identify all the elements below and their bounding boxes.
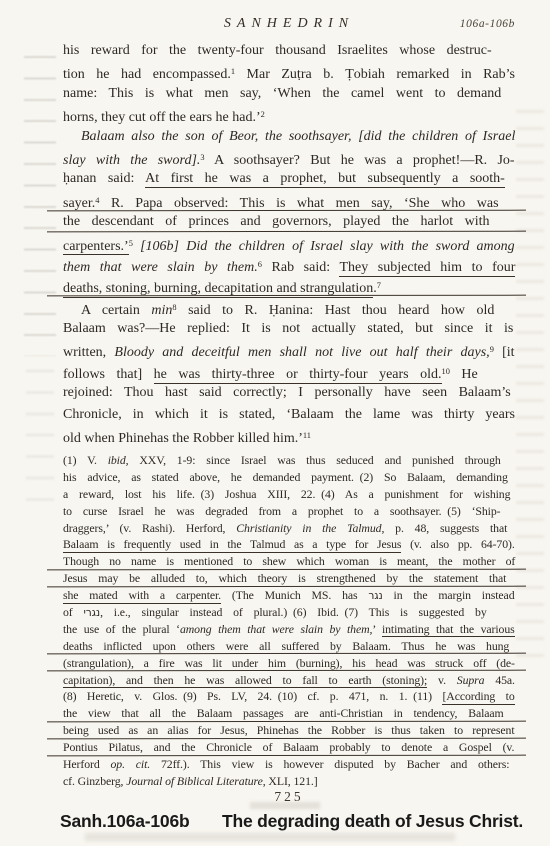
text-segment: draggers,’ (v. Rashi). Herford, — [63, 521, 236, 535]
text-line: Balaam was?—He replied: It is not actual… — [63, 318, 515, 339]
text-segment: rejoined: Thou hast said correctly; I pe… — [63, 385, 511, 400]
text-line: capitation), and then he was allowed to … — [63, 672, 515, 689]
text-line-content: of נגרי, i.e., singular instead of plura… — [63, 604, 487, 622]
text-line: (8) Heretic, v. Glos. (9) Ps. LV, 24. (1… — [63, 688, 515, 705]
text-segment: נגרי — [83, 606, 100, 619]
page-artifact — [24, 56, 56, 356]
text-segment: R. Papa observed: This is what men say, … — [99, 196, 498, 211]
text-segment: Journal of Biblical Literature — [126, 774, 262, 788]
text-segment: she mated with a carpenter. — [63, 588, 221, 604]
text-segment: Though no name is mentioned to shew whic… — [63, 554, 515, 568]
text-line: deaths inflicted upon others were all su… — [63, 638, 515, 655]
text-segment: Balaam was?—He replied: It is not actual… — [63, 321, 513, 336]
text-line: being used as an alias for Jesus, Phineh… — [63, 722, 515, 739]
text-segment: , i.e., singular instead of plural.) (6)… — [100, 605, 487, 619]
text-segment: his reward for the twenty-four thousand … — [63, 43, 492, 58]
text-segment: 10 — [442, 367, 450, 376]
text-line: a reward, lost his life. (3) Joshua XIII… — [63, 486, 515, 503]
paragraph: A certain min8 said to R. Ḥanina: Hast t… — [63, 297, 515, 447]
text-segment: 2 — [261, 110, 265, 119]
text-segment: At first he was a prophet, but subsequen… — [145, 171, 505, 188]
text-segment: the view that all the Balaam passages ar… — [63, 706, 504, 720]
text-line: ḥanan said: At first he was a prophet, b… — [63, 168, 515, 189]
text-segment: Jesus may be alluded to, which theory is… — [63, 571, 506, 585]
text-segment: them that were slain by them. — [63, 260, 258, 275]
text-line: (strangulation), a fire was lit under hi… — [63, 655, 515, 672]
text-segment: Balaam also the son of Beor, the soothsa… — [81, 129, 515, 144]
running-header: SANHEDRIN 106a-106b — [63, 16, 515, 34]
text-segment: Pontius Pilatus, and the Chronicle of Ba… — [63, 740, 514, 754]
text-line: Pontius Pilatus, and the Chronicle of Ba… — [63, 739, 515, 756]
text-line-content: Pontius Pilatus, and the Chronicle of Ba… — [63, 739, 514, 756]
text-line-content: the view that all the Balaam passages ar… — [63, 705, 504, 722]
text-line: slay with the sword].3 A soothsayer? But… — [63, 147, 515, 168]
text-line: the descendant of princes and governors,… — [63, 211, 515, 232]
page-number: 725 — [63, 789, 515, 805]
text-line: written, Bloody and deceitful men shall … — [63, 339, 515, 360]
text-line: carpenters.’5 [106b] Did the children of… — [63, 233, 515, 254]
main-text: his reward for the twenty-four thousand … — [63, 40, 515, 446]
text-segment: , p. 48, suggests that — [381, 521, 507, 535]
text-segment: ’ — [372, 622, 382, 636]
text-line-content: capitation), and then he was allowed to … — [63, 672, 515, 689]
text-segment: horns, they cut off the ears he had.’ — [63, 110, 261, 125]
text-segment: to curse Israel he was degraded from a p… — [63, 504, 500, 518]
text-line-content: Herford op. cit. 72ff.). This view is ho… — [63, 756, 509, 773]
text-line: name: This is what men say, ‘When the ca… — [63, 83, 515, 104]
text-segment: (1) V. — [63, 453, 108, 467]
text-line: she mated with a carpenter. (The Munich … — [63, 587, 515, 604]
text-line-content: name: This is what men say, ‘When the ca… — [63, 83, 501, 104]
text-segment: ḥanan said: — [63, 171, 145, 186]
text-segment: A soothsayer? But he was a prophet!—R. J… — [205, 153, 515, 168]
text-segment: He — [450, 367, 478, 382]
text-line: deaths, stoning, burning, decapitation a… — [63, 275, 515, 296]
text-line-content: his reward for the twenty-four thousand … — [63, 40, 492, 61]
text-segment: said to R. Ḥanina: Hast thou heard how o… — [177, 303, 495, 318]
text-segment: tion he had encompassed. — [63, 68, 231, 83]
text-segment: , XLI, 121.] — [263, 774, 318, 788]
text-segment: Mar Zuṭra b. Ṭobiah remarked in Rab’s — [235, 68, 515, 83]
text-segment: deaths, stoning, burning, decapitation a… — [63, 281, 373, 298]
text-segment: the use of the plural ‘ — [63, 622, 180, 636]
text-line: Jesus may be alluded to, which theory is… — [63, 570, 515, 587]
text-segment: carpenters.’ — [63, 239, 129, 256]
text-segment: Herford — [63, 757, 111, 771]
text-segment: v. — [427, 673, 457, 687]
text-segment: capitation), and then he was allowed to … — [63, 673, 427, 689]
text-line: follows that] he was thirty-three or thi… — [63, 361, 515, 382]
text-segment: Bloody and deceitful men shall not live … — [114, 346, 489, 361]
text-line-content: to curse Israel he was degraded from a p… — [63, 503, 500, 520]
text-line-content: a reward, lost his life. (3) Joshua XIII… — [63, 486, 510, 503]
text-line: tion he had encompassed.1 Mar Zuṭra b. Ṭ… — [63, 61, 515, 82]
text-segment: 45a. — [484, 673, 514, 687]
text-segment: (8) Heretic, v. Glos. (9) Ps. LV, 24. (1… — [63, 689, 442, 703]
text-line-content: she mated with a carpenter. (The Munich … — [63, 587, 515, 605]
text-segment: Rab said: — [262, 260, 340, 275]
text-segment: 11 — [303, 431, 311, 440]
text-line: the view that all the Balaam passages ar… — [63, 705, 515, 722]
text-line-content: cf. Ginzberg, Journal of Biblical Litera… — [63, 773, 318, 790]
text-segment: [it — [494, 346, 515, 361]
text-segment: A certain — [81, 303, 151, 318]
text-line: rejoined: Thou hast said correctly; I pe… — [63, 382, 515, 403]
text-line-content: Balaam also the son of Beor, the soothsa… — [81, 126, 515, 147]
text-segment: deaths inflicted upon others were all su… — [63, 639, 509, 653]
text-segment: the descendant of princes and governors,… — [63, 214, 490, 229]
page-artifact — [26, 370, 54, 520]
text-segment: slay with the sword]. — [63, 153, 200, 168]
text-line-content: his advice, as stated above, he demanded… — [63, 469, 508, 486]
text-segment: XXV, 1-9: since Israel was thus seduced … — [129, 453, 501, 467]
text-line: Though no name is mentioned to shew whic… — [63, 553, 515, 570]
text-segment: name: This is what men say, ‘When the ca… — [63, 86, 501, 101]
text-segment: being used as an alias for Jesus, Phineh… — [63, 723, 515, 737]
text-line: his advice, as stated above, he demanded… — [63, 469, 515, 486]
paragraph: his reward for the twenty-four thousand … — [63, 40, 515, 126]
text-line-content: ḥanan said: At first he was a prophet, b… — [63, 168, 505, 189]
text-line-content: (1) V. ibid, XXV, 1-9: since Israel was … — [63, 452, 501, 469]
text-segment: among them that were slain by them, — [180, 622, 372, 636]
caption-title: The degrading death of Jesus Christ. — [222, 811, 523, 832]
text-line: Balaam also the son of Beor, the soothsa… — [63, 126, 515, 147]
text-segment: (strangulation), a fire was lit under hi… — [63, 656, 515, 670]
text-line-content: Balaam is frequently used in the Talmud … — [63, 536, 515, 553]
text-segment: his advice, as stated above, he demanded… — [63, 470, 508, 484]
text-line: Herford op. cit. 72ff.). This view is ho… — [63, 756, 515, 773]
text-line-content: (strangulation), a fire was lit under hi… — [63, 655, 515, 672]
text-line-content: Balaam was?—He replied: It is not actual… — [63, 318, 513, 339]
text-line-content: the use of the plural ‘among them that w… — [63, 621, 515, 638]
text-line-content: old when Phinehas the Robber killed him.… — [63, 425, 311, 450]
text-line: (1) V. ibid, XXV, 1-9: since Israel was … — [63, 452, 515, 469]
caption-reference: Sanh.106a-106b — [60, 811, 190, 832]
text-line-content: rejoined: Thou hast said correctly; I pe… — [63, 382, 511, 403]
text-segment: cf. Ginzberg, — [63, 774, 126, 788]
text-line-content: (8) Heretic, v. Glos. (9) Ps. LV, 24. (1… — [63, 688, 515, 705]
text-line-content: being used as an alias for Jesus, Phineh… — [63, 722, 515, 739]
text-segment: he was thirty-three or thirty-four years… — [154, 367, 442, 384]
text-segment: a reward, lost his life. (3) Joshua XIII… — [63, 487, 510, 501]
text-segment: 7 — [377, 281, 381, 290]
text-segment: נגר — [368, 589, 382, 602]
text-segment: 72ff.). This view is however disputed by… — [150, 757, 509, 771]
bottom-caption: Sanh.106a-106b The degrading death of Je… — [0, 811, 550, 837]
text-line: the use of the plural ‘among them that w… — [63, 621, 515, 638]
text-line-content: Jesus may be alluded to, which theory is… — [63, 570, 506, 587]
text-line-content: the descendant of princes and governors,… — [63, 211, 490, 232]
text-line-content: Though no name is mentioned to shew whic… — [63, 553, 515, 570]
text-line: them that were slain by them.6 Rab said:… — [63, 254, 515, 275]
text-line: to curse Israel he was degraded from a p… — [63, 503, 515, 520]
text-segment: intimating that the various — [382, 622, 515, 638]
text-line-content: draggers,’ (v. Rashi). Herford, Christia… — [63, 520, 507, 537]
folio-reference: 106a-106b — [460, 18, 515, 30]
text-segment: [106b] Did the children of Israel slay w… — [133, 239, 515, 254]
text-segment: of — [63, 605, 83, 619]
tractate-title: SANHEDRIN — [63, 16, 515, 32]
text-line: horns, they cut off the ears he had.’2 — [63, 104, 515, 125]
text-segment: Chronicle, in which it is stated, ‘Balaa… — [63, 407, 515, 422]
text-segment: in the margin instead — [383, 588, 515, 602]
text-line: old when Phinehas the Robber killed him.… — [63, 425, 515, 446]
text-segment: old when Phinehas the Robber killed him.… — [63, 431, 303, 446]
text-segment: (The Munich MS. has — [221, 588, 368, 602]
text-line-content: Chronicle, in which it is stated, ‘Balaa… — [63, 404, 515, 425]
text-segment: Balaam is frequently used in the Talmud … — [63, 537, 401, 553]
text-segment: Christianity in the Talmud — [236, 521, 381, 535]
footnotes: (1) V. ibid, XXV, 1-9: since Israel was … — [63, 452, 515, 790]
text-line: his reward for the twenty-four thousand … — [63, 40, 515, 61]
text-line: draggers,’ (v. Rashi). Herford, Christia… — [63, 520, 515, 537]
text-segment: min — [151, 303, 172, 318]
text-line: cf. Ginzberg, Journal of Biblical Litera… — [63, 773, 515, 790]
text-segment: They subjected him to four — [339, 260, 515, 277]
text-segment: Supra — [457, 673, 485, 687]
text-line: of נגרי, i.e., singular instead of plura… — [63, 604, 515, 621]
text-line: Chronicle, in which it is stated, ‘Balaa… — [63, 404, 515, 425]
text-line: sayer.4 R. Papa observed: This is what m… — [63, 190, 515, 211]
text-segment: op. cit. — [111, 757, 151, 771]
text-segment: written, — [63, 346, 114, 361]
text-line: Balaam is frequently used in the Talmud … — [63, 536, 515, 553]
paragraph: Balaam also the son of Beor, the soothsa… — [63, 126, 515, 297]
text-segment: follows that] — [63, 367, 154, 382]
text-segment: sayer. — [63, 196, 95, 211]
text-segment: ibid, — [108, 453, 129, 467]
text-segment: [According to — [442, 689, 514, 705]
text-segment: (v. also pp. 64-70). — [401, 537, 514, 551]
text-line-content: deaths inflicted upon others were all su… — [63, 638, 509, 655]
scanned-book-page: SANHEDRIN 106a-106b his reward for the t… — [0, 0, 550, 846]
text-line: A certain min8 said to R. Ḥanina: Hast t… — [63, 297, 515, 318]
